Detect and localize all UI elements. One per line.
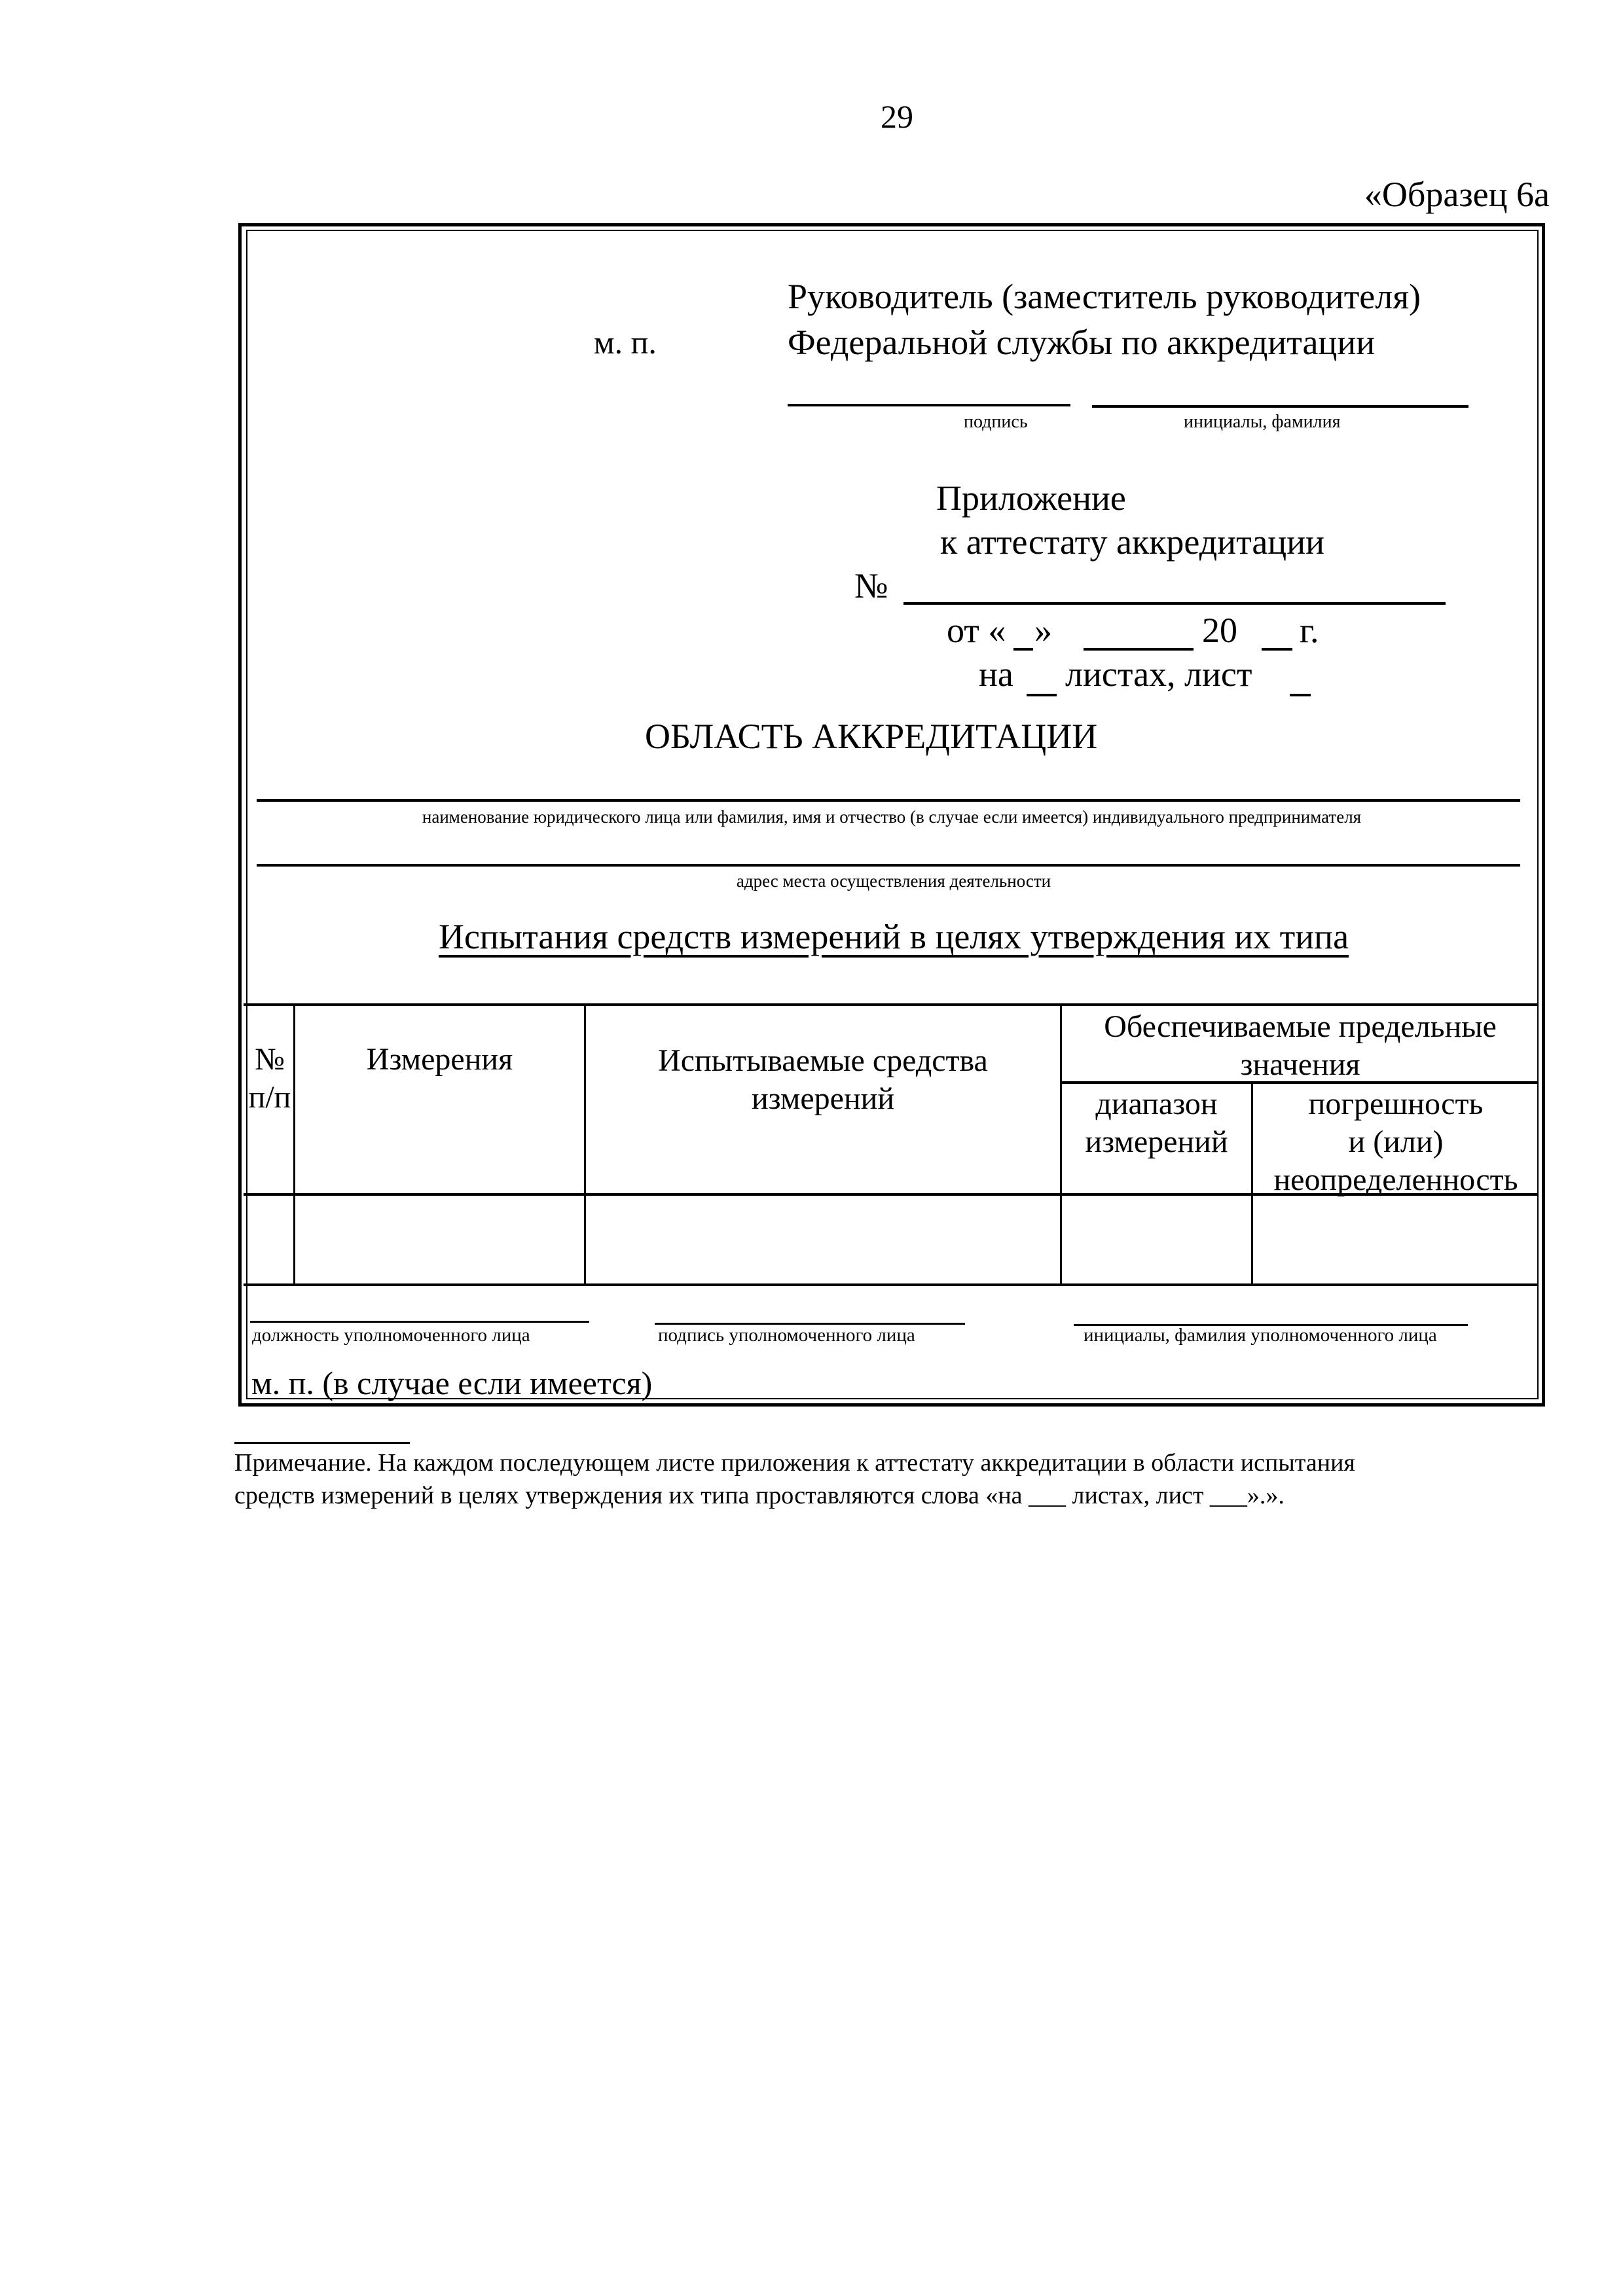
head-initials-caption: инициалы, фамилия	[1184, 411, 1341, 433]
appendix-sheet-number-field[interactable]	[1290, 694, 1311, 696]
signature-caption: подпись уполномоченного лица	[658, 1325, 915, 1346]
appendix-title: Приложение	[936, 476, 1329, 520]
appendix-date-quote-close: »	[1034, 609, 1052, 652]
header-num-line1: №	[246, 1041, 293, 1079]
appendix-sheets-prefix: на	[979, 653, 1013, 696]
initials-caption: инициалы, фамилия уполномоченного лица	[1084, 1325, 1437, 1346]
footnote-separator	[234, 1442, 410, 1444]
appendix-month-field[interactable]	[1084, 648, 1194, 651]
header-error-line2: и (или)	[1253, 1123, 1539, 1161]
table-top-border	[244, 1003, 1539, 1006]
entity-caption: наименование юридического лица или фамил…	[0, 806, 1623, 827]
stamp-label: м. п.	[594, 321, 657, 364]
head-initials-line[interactable]	[1092, 405, 1468, 408]
sample-label: «Образец 6а	[1364, 173, 1550, 215]
header-limits-line1: Обеспечиваемые предельные	[1062, 1008, 1539, 1046]
header-range: диапазон измерений	[1062, 1085, 1251, 1161]
appendix-date-prefix: от «	[947, 609, 1006, 652]
address-caption: адрес места осуществления деятельности	[0, 870, 1623, 891]
header-limits: Обеспечиваемые предельные значения	[1062, 1008, 1539, 1084]
table-row-cell-measurements[interactable]	[295, 1196, 584, 1283]
header-error: погрешность и (или) неопределенность	[1253, 1085, 1539, 1199]
entity-name-field[interactable]	[257, 799, 1520, 802]
head-signature-line[interactable]	[788, 404, 1070, 406]
table-row-cell-error[interactable]	[1253, 1196, 1539, 1283]
table-row-cell-range[interactable]	[1062, 1196, 1251, 1283]
appendix-sheets-middle: листах, лист	[1065, 653, 1252, 696]
footnote-line2: средств измерений в целях утверждения их…	[234, 1479, 1285, 1512]
position-field[interactable]	[250, 1321, 589, 1323]
appendix-year-field[interactable]	[1262, 648, 1292, 651]
header-range-line2: измерений	[1062, 1123, 1251, 1161]
table-bottom-border	[244, 1283, 1539, 1286]
stamp-note: м. п. (в случае если имеется)	[251, 1361, 652, 1405]
appendix-number-field[interactable]	[903, 602, 1446, 605]
head-signature-caption: подпись	[964, 411, 1028, 433]
appendix-day-field[interactable]	[1013, 648, 1033, 651]
activity-title: Испытания средств измерений в целях утве…	[0, 915, 1623, 958]
appendix-number-label: №	[854, 564, 888, 607]
header-error-line3: неопределенность	[1253, 1161, 1539, 1199]
appendix-year-suffix: г.	[1300, 609, 1319, 652]
head-title-line1: Руководитель (заместитель руководителя)	[788, 275, 1421, 318]
address-field[interactable]	[257, 864, 1520, 867]
header-measurements: Измерения	[295, 1041, 584, 1079]
header-instruments-line2: измерений	[586, 1080, 1060, 1118]
appendix-sheets-total-field[interactable]	[1027, 694, 1057, 696]
header-instruments: Испытываемые средства измерений	[586, 1042, 1060, 1118]
footnote-line1: Примечание. На каждом последующем листе …	[234, 1446, 1355, 1479]
appendix-subtitle: к аттестату аккредитации	[940, 520, 1324, 564]
table-row-cell-instruments[interactable]	[586, 1196, 1060, 1283]
header-num-line2: п/п	[246, 1079, 293, 1117]
position-caption: должность уполномоченного лица	[252, 1325, 530, 1346]
header-limits-line2: значения	[1062, 1046, 1539, 1084]
appendix-year-prefix: 20	[1202, 609, 1237, 652]
header-instruments-line1: Испытываемые средства	[586, 1042, 1060, 1080]
head-title-line2: Федеральной службы по аккредитации	[788, 321, 1375, 364]
scope-title: ОБЛАСТЬ АККРЕДИТАЦИИ	[645, 715, 1097, 758]
header-range-line1: диапазон	[1062, 1085, 1251, 1123]
page-number: 29	[871, 97, 923, 136]
table-row-cell-num[interactable]	[246, 1196, 293, 1283]
header-error-line1: погрешность	[1253, 1085, 1539, 1123]
header-num: № п/п	[246, 1041, 293, 1117]
